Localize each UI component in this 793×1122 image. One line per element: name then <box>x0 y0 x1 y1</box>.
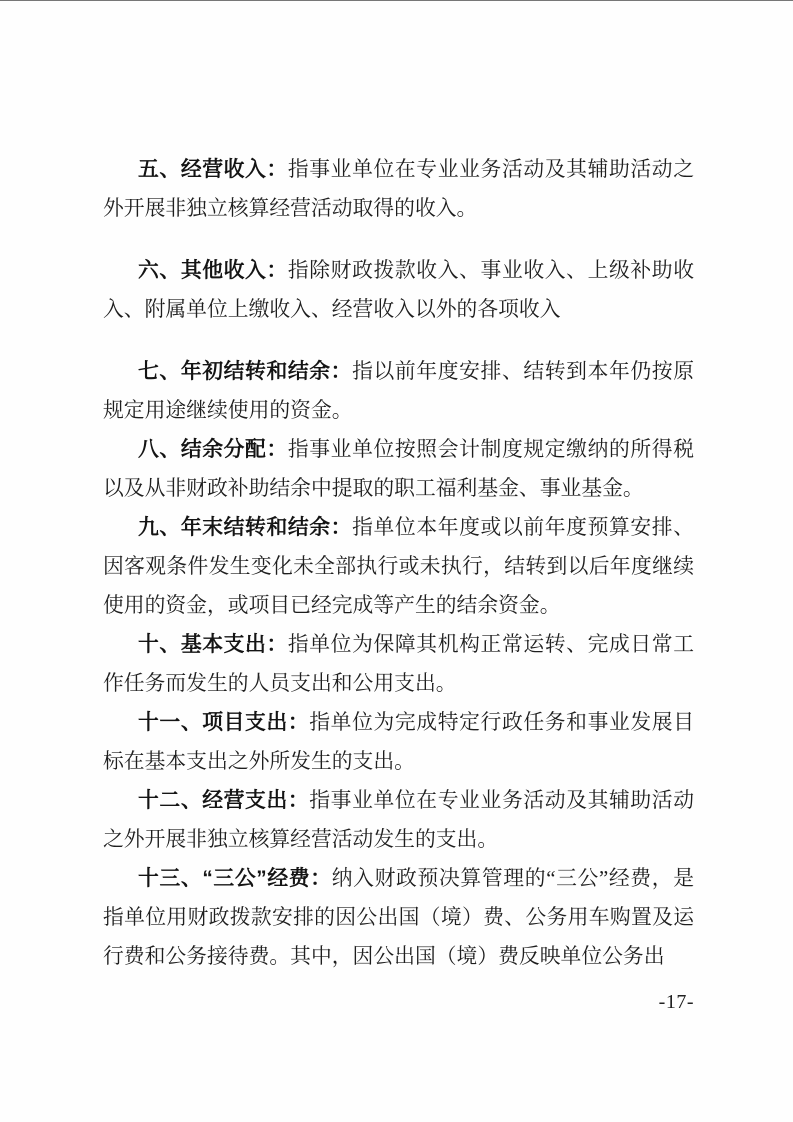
definition-paragraph: 十二、经营支出：指事业单位在专业业务活动及其辅助活动之外开展非独立核算经营活动发… <box>103 781 694 859</box>
term-label: 十、基本支出： <box>138 633 288 656</box>
document-page: 五、经营收入：指事业单位在专业业务活动及其辅助活动之外开展非独立核算经营活动取得… <box>0 0 793 1122</box>
definition-paragraph: 十三、“三公”经费：纳入财政预决算管理的“三公”经费，是指单位用财政拨款安排的因… <box>103 859 694 976</box>
term-label: 十三、“三公”经费： <box>138 867 332 890</box>
definition-paragraph: 十一、项目支出：指单位为完成特定行政任务和事业发展目标在基本支出之外所发生的支出… <box>103 703 694 781</box>
term-label: 八、结余分配： <box>138 438 288 461</box>
definition-paragraph: 九、年末结转和结余：指单位本年度或以前年度预算安排、因客观条件发生变化未全部执行… <box>103 508 694 625</box>
page-number: -17- <box>103 990 694 1014</box>
definition-paragraph: 八、结余分配：指事业单位按照会计制度规定缴纳的所得税以及从非财政补助结余中提取的… <box>103 430 694 508</box>
term-label: 九、年末结转和结余： <box>138 516 352 539</box>
term-label: 七、年初结转和结余： <box>138 360 352 383</box>
definition-paragraph: 六、其他收入：指除财政拨款收入、事业收入、上级补助收入、附属单位上缴收入、经营收… <box>103 251 694 329</box>
definition-paragraph: 五、经营收入：指事业单位在专业业务活动及其辅助活动之外开展非独立核算经营活动取得… <box>103 150 694 228</box>
definition-paragraph: 七、年初结转和结余：指以前年度安排、结转到本年仍按原规定用途继续使用的资金。 <box>103 352 694 430</box>
page-body: 五、经营收入：指事业单位在专业业务活动及其辅助活动之外开展非独立核算经营活动取得… <box>103 150 694 976</box>
term-label: 六、其他收入： <box>138 259 288 282</box>
term-label: 五、经营收入： <box>138 158 288 181</box>
scan-edge-line <box>0 0 793 1</box>
term-label: 十一、项目支出： <box>138 711 309 734</box>
term-label: 十二、经营支出： <box>138 789 309 812</box>
definition-paragraph: 十、基本支出：指单位为保障其机构正常运转、完成日常工作任务而发生的人员支出和公用… <box>103 625 694 703</box>
